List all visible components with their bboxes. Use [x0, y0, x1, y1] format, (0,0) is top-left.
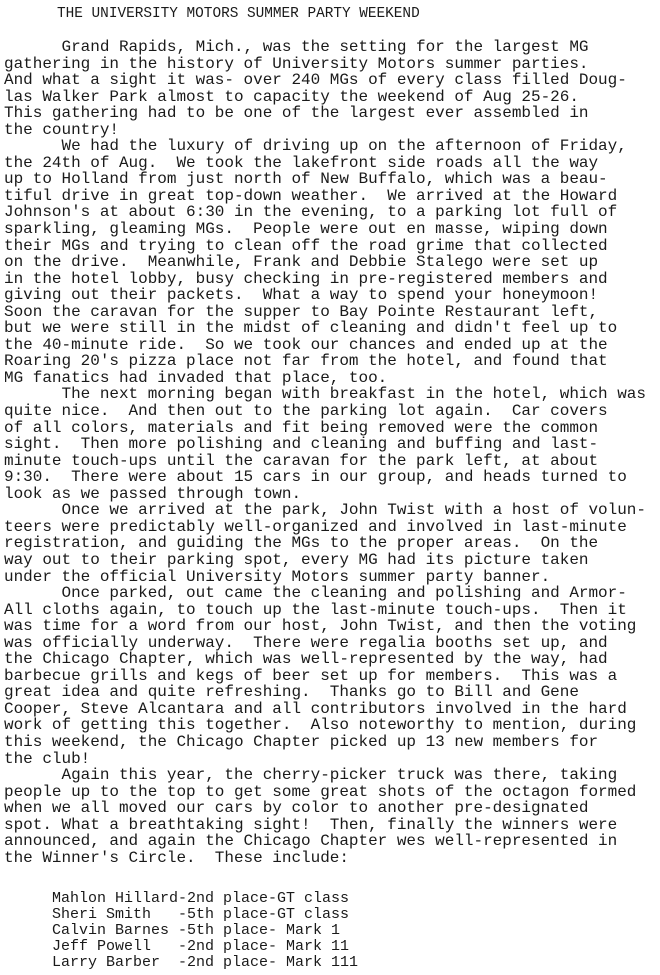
text-line: Grand Rapids, Mich., was the setting for… — [4, 39, 646, 56]
text-line: barbecue grills and kegs of beer set up … — [4, 668, 646, 685]
text-line: And what a sight it was- over 240 MGs of… — [4, 72, 646, 89]
text-line: sparkling, gleaming MGs. People were out… — [4, 221, 646, 238]
winner-entry: Calvin Barnes -5th place- Mark 1 — [52, 923, 358, 939]
text-line: the 24th of Aug. We took the lakefront s… — [4, 155, 646, 172]
text-line: announced, and again the Chicago Chapter… — [4, 833, 646, 850]
text-line: giving out their packets. What a way to … — [4, 287, 646, 304]
winner-entry: Jeff Powell -2nd place- Mark 11 — [52, 939, 358, 955]
text-line: up to Holland from just north of New Buf… — [4, 171, 646, 188]
text-line: when we all moved our cars by color to a… — [4, 800, 646, 817]
text-line: Soon the caravan for the supper to Bay P… — [4, 304, 646, 321]
text-line: tiful drive in great top-down weather. W… — [4, 188, 646, 205]
text-line: spot. What a breathtaking sight! Then, f… — [4, 817, 646, 834]
text-line: the Chicago Chapter, which was well-repr… — [4, 651, 646, 668]
text-line: The next morning began with breakfast in… — [4, 386, 646, 403]
text-line: the club! — [4, 751, 646, 768]
text-line: but we were still in the midst of cleani… — [4, 320, 646, 337]
text-line: Once parked, out came the cleaning and p… — [4, 585, 646, 602]
text-line: las Walker Park almost to capacity the w… — [4, 89, 646, 106]
text-line: teers were predictably well-organized an… — [4, 519, 646, 536]
winner-entry: Larry Barber -2nd place- Mark 111 — [52, 955, 358, 971]
text-line: minute touch-ups until the caravan for t… — [4, 453, 646, 470]
text-line: Once we arrived at the park, John Twist … — [4, 502, 646, 519]
text-line: was time for a word from our host, John … — [4, 618, 646, 635]
article-body: Grand Rapids, Mich., was the setting for… — [4, 39, 646, 866]
text-line: way out to their parking spot, every MG … — [4, 552, 646, 569]
text-line: great idea and quite refreshing. Thanks … — [4, 684, 646, 701]
text-line: MG fanatics had invaded that place, too. — [4, 370, 646, 387]
text-line: the country! — [4, 122, 646, 139]
text-line: We had the luxury of driving up on the a… — [4, 138, 646, 155]
article-title: THE UNIVERSITY MOTORS SUMMER PARTY WEEKE… — [57, 5, 420, 23]
text-line: registration, and guiding the MGs to the… — [4, 535, 646, 552]
text-line: this weekend, the Chicago Chapter picked… — [4, 734, 646, 751]
text-line: quite nice. And then out to the parking … — [4, 403, 646, 420]
text-line: Roaring 20's pizza place not far from th… — [4, 353, 646, 370]
text-line: sight. Then more polishing and cleaning … — [4, 436, 646, 453]
text-line: was officially underway. There were rega… — [4, 635, 646, 652]
text-line: Cooper, Steve Alcantara and all contribu… — [4, 701, 646, 718]
text-line: their MGs and trying to clean off the ro… — [4, 238, 646, 255]
text-line: on the drive. Meanwhile, Frank and Debbi… — [4, 254, 646, 271]
winner-entry: Sheri Smith -5th place-GT class — [52, 907, 358, 923]
text-line: 9:30. There were about 15 cars in our gr… — [4, 469, 646, 486]
text-line: the Winner's Circle. These include: — [4, 850, 646, 867]
text-line: people up to the top to get some great s… — [4, 784, 646, 801]
text-line: This gathering had to be one of the larg… — [4, 105, 646, 122]
text-line: look as we passed through town. — [4, 486, 646, 503]
winners-list: Mahlon Hillard-2nd place-GT classSheri S… — [52, 891, 358, 971]
text-line: under the official University Motors sum… — [4, 569, 646, 586]
text-line: Johnson's at about 6:30 in the evening, … — [4, 204, 646, 221]
text-line: All cloths again, to touch up the last-m… — [4, 602, 646, 619]
text-line: gathering in the history of University M… — [4, 56, 646, 73]
winner-entry: Mahlon Hillard-2nd place-GT class — [52, 891, 358, 907]
text-line: Again this year, the cherry-picker truck… — [4, 767, 646, 784]
text-line: work of getting this together. Also note… — [4, 717, 646, 734]
text-line: the 40-minute ride. So we took our chanc… — [4, 337, 646, 354]
text-line: of all colors, materials and fit being r… — [4, 420, 646, 437]
text-line: in the hotel lobby, busy checking in pre… — [4, 271, 646, 288]
